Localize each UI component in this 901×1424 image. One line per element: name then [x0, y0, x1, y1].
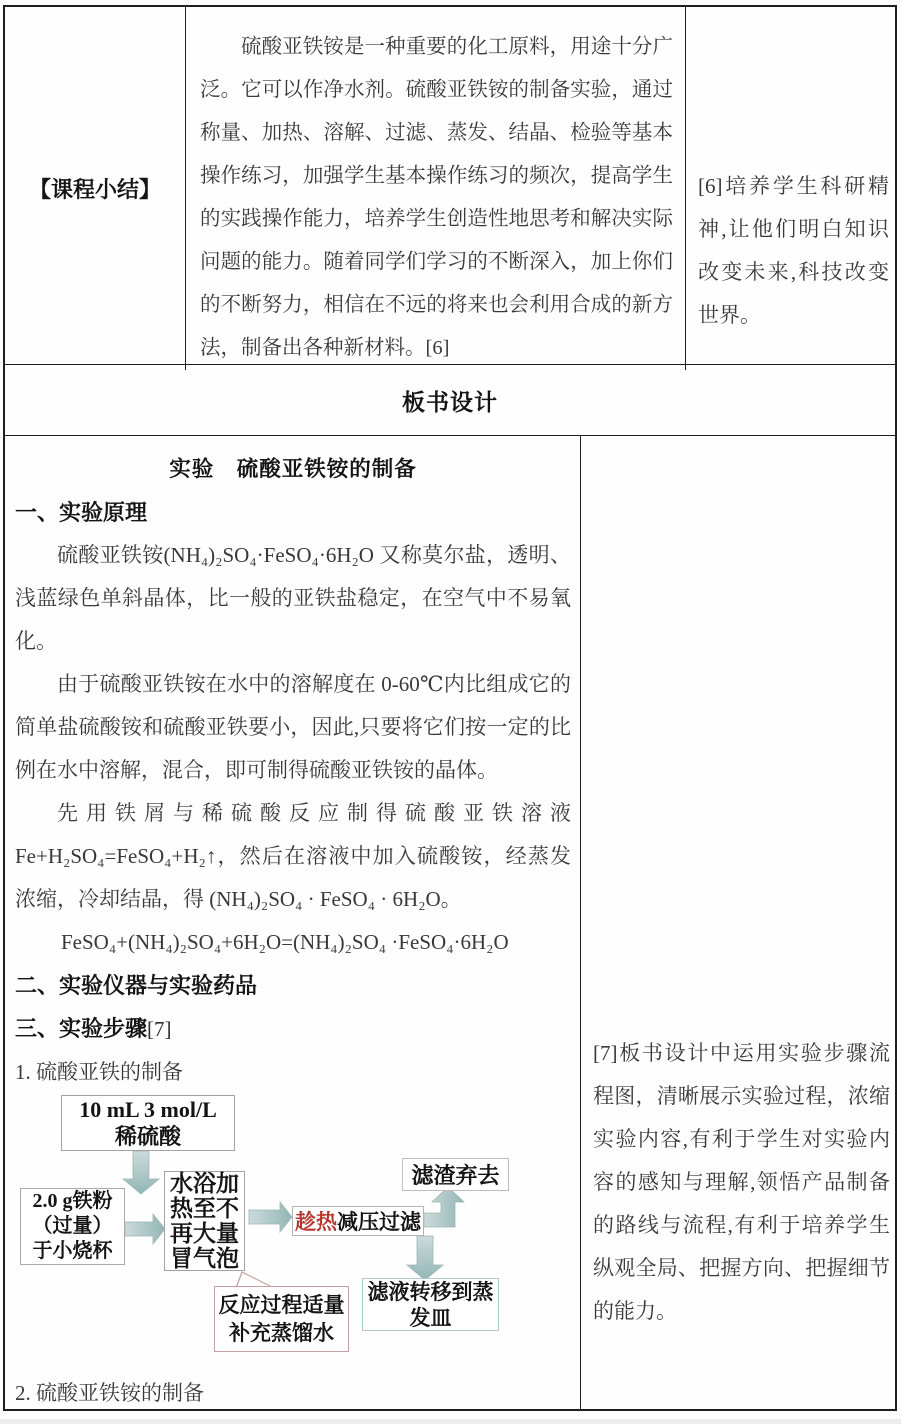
callout-box: 反应过程适量补充蒸馏水	[214, 1286, 349, 1352]
steps-heading-text: 三、实验步骤	[15, 1016, 147, 1041]
principle-paragraph-3: 先用铁屑与稀硫酸反应制得硫酸亚铁溶液 Fe+H₂SO₄=FeSO₄+H₂↑，然后…	[15, 792, 571, 921]
steps-heading: 三、实验步骤[7]	[15, 1007, 571, 1051]
board-annotation-cell: [7]板书设计中运用实验步骤流程图，清晰展示实验过程，浓缩实验内容,有利于学生对…	[581, 436, 895, 1409]
acid-box: 10 mL 3 mol/L 稀硫酸	[61, 1095, 235, 1151]
course-summary-paragraph: 硫酸亚铁铵是一种重要的化工原料，用途十分广泛。它可以作净水剂。硫酸亚铁铵的制备实…	[200, 26, 673, 370]
course-summary-label: 【课程小结】	[29, 173, 161, 204]
water-bath-box: 水浴加热至不再大量冒气泡	[164, 1171, 245, 1271]
board-design-row: 实验 硫酸亚铁铵的制备 一、实验原理 硫酸亚铁铵(NH₄)₂SO₄·FeSO₄·…	[5, 436, 895, 1409]
annotation-6-text: [6]培养学生科研精神,让他们明白知识改变未来,科技改变世界。	[698, 165, 889, 337]
principle-heading: 一、实验原理	[15, 491, 571, 534]
experiment-title: 实验 硫酸亚铁铵的制备	[15, 448, 571, 491]
principle-paragraph-2: 由于硫酸亚铁铵在水中的溶解度在 0-60℃内比组成它的简单盐硫酸铵和硫酸亚铁要小…	[15, 663, 571, 792]
lesson-plan-table: 【课程小结】 硫酸亚铁铵是一种重要的化工原料，用途十分广泛。它可以作净水剂。硫酸…	[3, 5, 897, 1411]
hot-filter-box: 趁热减压过滤	[292, 1206, 424, 1236]
hot-filter-red-text: 趁热	[295, 1206, 337, 1236]
down-arrow-acid-icon	[123, 1151, 159, 1194]
right-arrow-iron-to-heat-icon	[125, 1214, 165, 1244]
hot-filter-black-text: 减压过滤	[337, 1206, 421, 1236]
board-design-header-row: 板书设计	[5, 364, 895, 436]
course-summary-label-cell: 【课程小结】	[5, 7, 186, 370]
steps-heading-ref: [7]	[147, 1017, 172, 1041]
board-design-header: 板书设计	[402, 384, 498, 417]
step-2-label: 2. 硫酸亚铁铵的制备	[15, 1372, 571, 1409]
course-summary-body-cell: 硫酸亚铁铵是一种重要的化工原料，用途十分广泛。它可以作净水剂。硫酸亚铁铵的制备实…	[186, 7, 686, 370]
course-summary-row: 【课程小结】 硫酸亚铁铵是一种重要的化工原料，用途十分广泛。它可以作净水剂。硫酸…	[5, 7, 895, 364]
residue-box: 滤渣弃去	[402, 1158, 509, 1191]
chemical-equation: FeSO₄+(NH₄)₂SO₄+6H₂O=(NH₄)₂SO₄ ·FeSO₄·6H…	[15, 921, 571, 964]
iron-powder-box: 2.0 g铁粉 （过量） 于小烧杯	[20, 1188, 125, 1265]
elbow-arrow-filter-to-residue-icon	[424, 1187, 464, 1227]
apparatus-heading: 二、实验仪器与实验药品	[15, 964, 571, 1007]
transfer-box: 滤液转移到蒸发皿	[362, 1278, 499, 1331]
down-arrow-filter-to-transfer-icon	[407, 1236, 443, 1280]
annotation-7-text: [7]板书设计中运用实验步骤流程图，清晰展示实验过程，浓缩实验内容,有利于学生对…	[593, 1032, 890, 1333]
preparation-flowchart: 10 mL 3 mol/L 稀硫酸 2.0 g铁粉 （过量） 于小烧杯 水浴加热…	[12, 1088, 572, 1354]
principle-paragraph-1: 硫酸亚铁铵(NH₄)₂SO₄·FeSO₄·6H₂O 又称莫尔盐，透明、浅蓝绿色单…	[15, 534, 571, 663]
course-summary-annotation-cell: [6]培养学生科研精神,让他们明白知识改变未来,科技改变世界。	[686, 7, 895, 370]
right-arrow-heat-to-filter-icon	[249, 1202, 292, 1232]
scanned-lesson-plan-page: 【课程小结】 硫酸亚铁铵是一种重要的化工原料，用途十分广泛。它可以作净水剂。硫酸…	[0, 0, 901, 1424]
board-content-cell: 实验 硫酸亚铁铵的制备 一、实验原理 硫酸亚铁铵(NH₄)₂SO₄·FeSO₄·…	[5, 436, 581, 1409]
